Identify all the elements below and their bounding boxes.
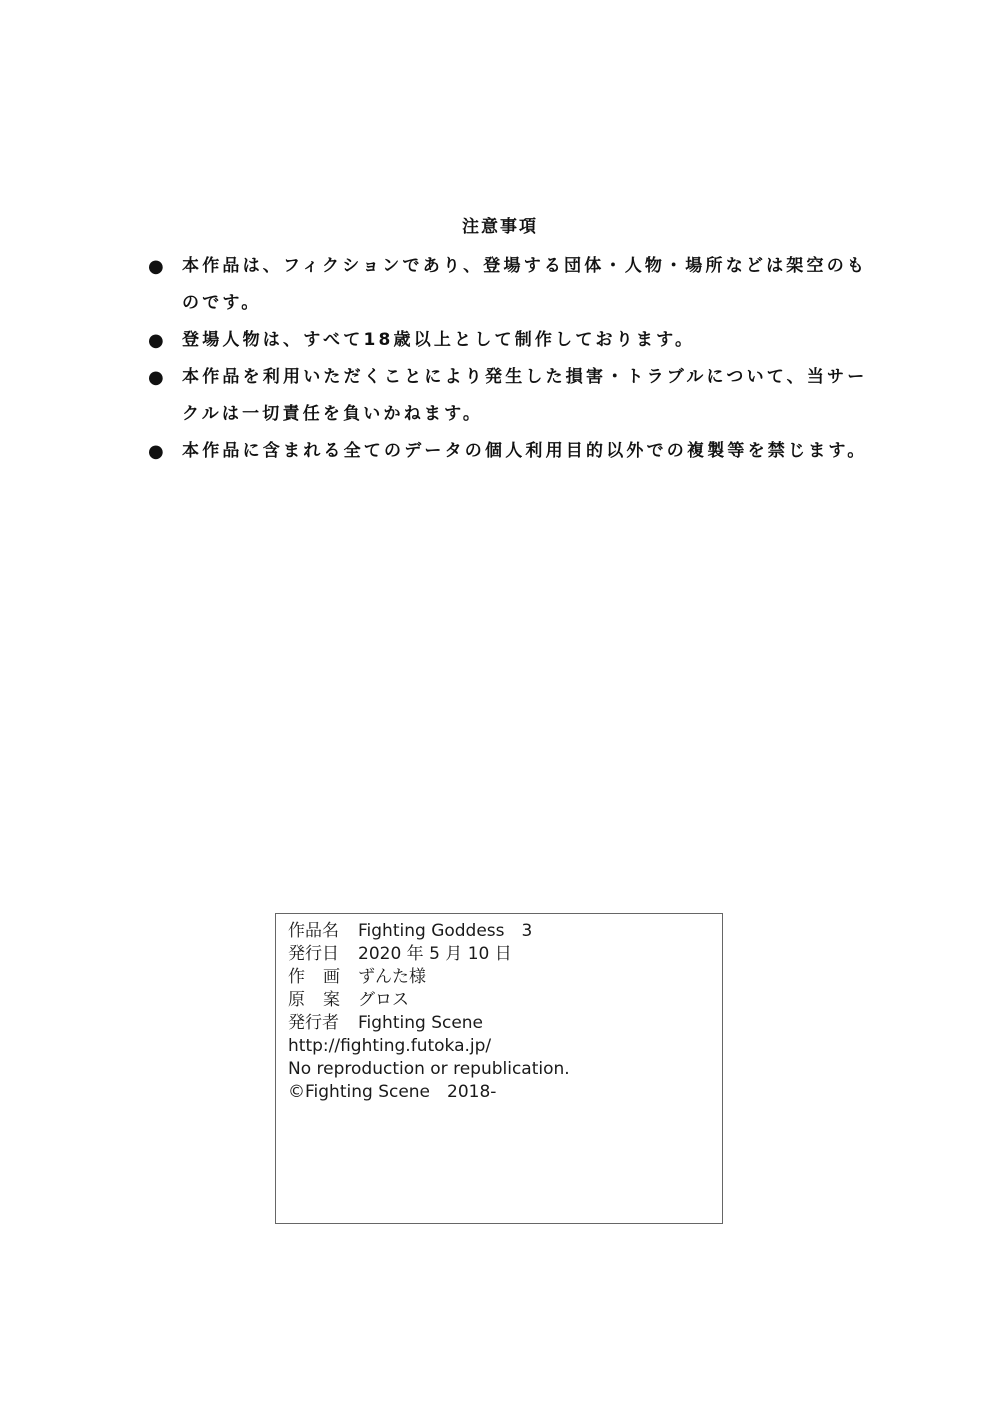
publisher-url: http://fighting.futoka.jp/ — [288, 1035, 710, 1058]
notice-item: ●本作品に含まれる全てのデータの個人利用目的以外での複製等を禁じます。 — [146, 433, 886, 470]
colophon-label: 発行者 — [288, 1012, 358, 1035]
colophon-date-row: 発行日2020 年 5 月 10 日 — [288, 943, 710, 966]
colophon-publisher-row: 発行者Fighting Scene — [288, 1012, 710, 1035]
colophon-artist-row: 作画ずんた様 — [288, 966, 710, 989]
colophon-label: 原案 — [288, 989, 358, 1012]
notice-text: 本作品に含まれる全てのデータの個人利用目的以外での複製等を禁じます。 — [182, 441, 867, 461]
notice-text: 登場人物は、すべて18歳以上として制作しております。 — [182, 330, 695, 350]
colophon-story-row: 原案グロス — [288, 989, 710, 1012]
bullet-icon: ● — [148, 359, 167, 396]
colophon-label: 発行日 — [288, 943, 358, 966]
colophon-box: 作品名Fighting Goddess 3 発行日2020 年 5 月 10 日… — [275, 913, 723, 1224]
notice-text: 本作品は、フィクションであり、登場する団体・人物・場所などは架空のものです。 — [182, 256, 867, 313]
notice-list: ●本作品は、フィクションであり、登場する団体・人物・場所などは架空のものです。 … — [146, 248, 886, 470]
notice-item: ●本作品は、フィクションであり、登場する団体・人物・場所などは架空のものです。 — [146, 248, 886, 322]
notice-text: 本作品を利用いただくことにより発生した損害・トラブルについて、当サークルは一切責… — [182, 367, 867, 424]
notice-title: 注意事項 — [0, 212, 1000, 237]
colophon-title-row: 作品名Fighting Goddess 3 — [288, 920, 710, 943]
bullet-icon: ● — [148, 248, 167, 285]
bullet-icon: ● — [148, 433, 167, 470]
work-title: Fighting Goddess 3 — [358, 921, 532, 941]
reproduction-notice: No reproduction or republication. — [288, 1058, 710, 1081]
bullet-icon: ● — [148, 322, 167, 359]
copyright: ©Fighting Scene 2018- — [288, 1081, 710, 1104]
colophon-label: 作画 — [288, 966, 358, 989]
publisher: Fighting Scene — [358, 1013, 483, 1033]
colophon-label: 作品名 — [288, 920, 358, 943]
artist: ずんた様 — [358, 967, 426, 987]
notice-item: ●登場人物は、すべて18歳以上として制作しております。 — [146, 322, 886, 359]
original-story: グロス — [358, 990, 409, 1010]
notice-item: ●本作品を利用いただくことにより発生した損害・トラブルについて、当サークルは一切… — [146, 359, 886, 433]
publish-date: 2020 年 5 月 10 日 — [358, 944, 512, 964]
